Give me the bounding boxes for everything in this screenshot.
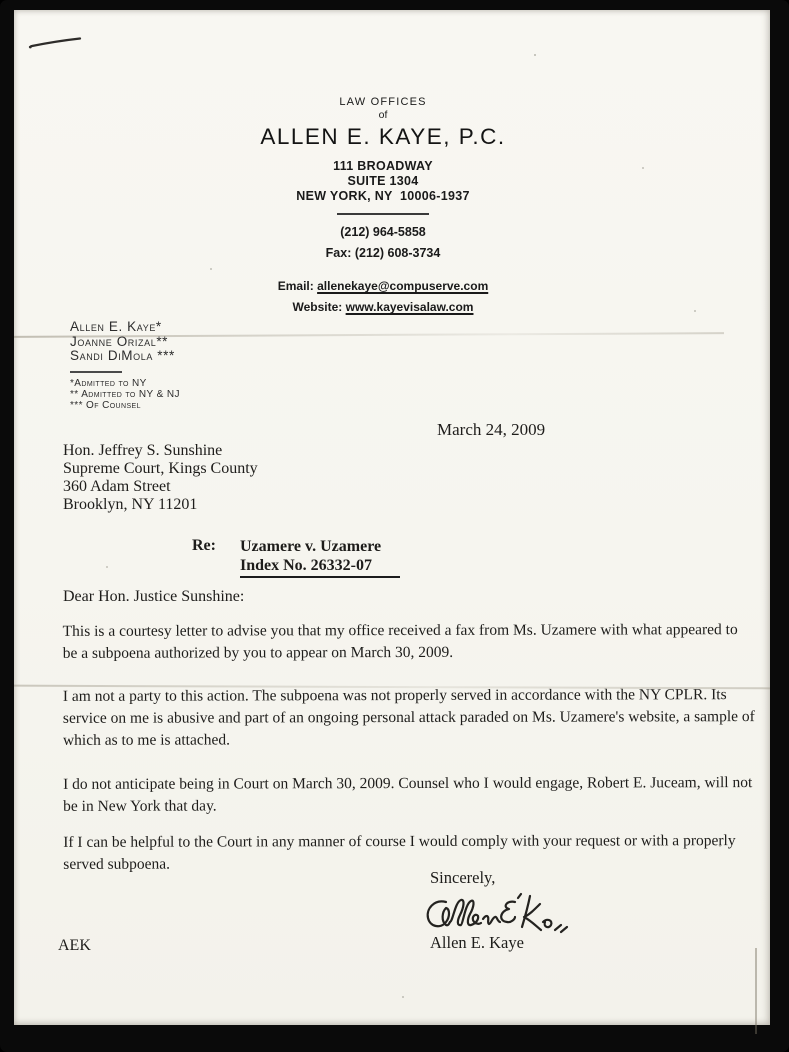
letterhead-divider — [337, 213, 429, 215]
letterhead-law-offices: LAW OFFICES — [5, 96, 761, 108]
firm-name: ALLEN E. KAYE, P.C. — [5, 124, 761, 150]
admission-note: ** Admitted to NY & NJ — [70, 389, 180, 400]
admission-note: *** Of Counsel — [70, 400, 180, 411]
attorney-name: Allen E. Kaye* — [70, 320, 180, 335]
website-line: Website: www.kayevisalaw.com — [5, 300, 761, 314]
letter-date: March 24, 2009 — [437, 420, 545, 440]
website-label: Website: — [293, 300, 346, 314]
attorney-name: Sandi DiMola *** — [70, 349, 180, 364]
case-name: Uzamere v. Uzamere — [240, 537, 400, 556]
re-block: Re: Uzamere v. Uzamere Index No. 26332-0… — [192, 537, 400, 578]
signed-name: Allen E. Kaye — [430, 933, 572, 953]
firm-address-line: NEW YORK, NY 10006-1937 — [5, 189, 761, 204]
attorney-list: Allen E. Kaye* Joanne Orizal** Sandi DiM… — [70, 320, 180, 411]
recipient-line: Brooklyn, NY 11201 — [63, 496, 258, 514]
scan-artifact-line — [755, 948, 757, 1034]
email-address: allenekaye@compuserve.com — [317, 279, 488, 293]
phone-number: (212) 964-5858 — [5, 225, 761, 239]
attorney-divider — [70, 371, 122, 373]
closing-block: Sincerely, Allen E. Kaye — [430, 868, 572, 953]
recipient-line: Hon. Jeffrey S. Sunshine — [63, 442, 258, 460]
body-paragraph: I am not a party to this action. The sub… — [63, 684, 755, 752]
handwritten-signature — [422, 889, 572, 939]
email-label: Email: — [278, 279, 317, 293]
admission-note: *Admitted to NY — [70, 378, 180, 389]
case-index-number: Index No. 26332-07 — [240, 556, 400, 578]
recipient-line: 360 Adam Street — [63, 478, 258, 496]
typist-initials: AEK — [58, 937, 91, 955]
body-paragraph: This is a courtesy letter to advise you … — [63, 619, 755, 665]
letter-page: LAW OFFICES of ALLEN E. KAYE, P.C. 111 B… — [14, 10, 770, 1025]
recipient-address: Hon. Jeffrey S. Sunshine Supreme Court, … — [63, 442, 258, 514]
fax-number: Fax: (212) 608-3734 — [5, 246, 761, 260]
recipient-line: Supreme Court, Kings County — [63, 460, 258, 478]
letterhead-of: of — [5, 109, 761, 121]
pen-mark — [28, 36, 84, 50]
valediction: Sincerely, — [430, 868, 572, 888]
attorney-name: Joanne Orizal** — [70, 335, 180, 350]
scanned-letter-image: LAW OFFICES of ALLEN E. KAYE, P.C. 111 B… — [0, 0, 789, 1052]
scan-noise — [14, 10, 16, 12]
salutation: Dear Hon. Justice Sunshine: — [63, 588, 244, 606]
firm-address-line: 111 BROADWAY — [5, 159, 761, 174]
letterhead: LAW OFFICES of ALLEN E. KAYE, P.C. 111 B… — [5, 96, 761, 314]
letter-body: This is a courtesy letter to advise you … — [63, 619, 756, 897]
re-case: Uzamere v. Uzamere Index No. 26332-07 — [240, 537, 400, 578]
re-label: Re: — [192, 537, 216, 578]
body-paragraph: I do not anticipate being in Court on Ma… — [63, 772, 755, 818]
website-address: www.kayevisalaw.com — [346, 300, 474, 314]
firm-address-line: SUITE 1304 — [5, 174, 761, 189]
email-line: Email: allenekaye@compuserve.com — [5, 279, 761, 293]
body-paragraph: If I can be helpful to the Court in any … — [63, 830, 755, 876]
